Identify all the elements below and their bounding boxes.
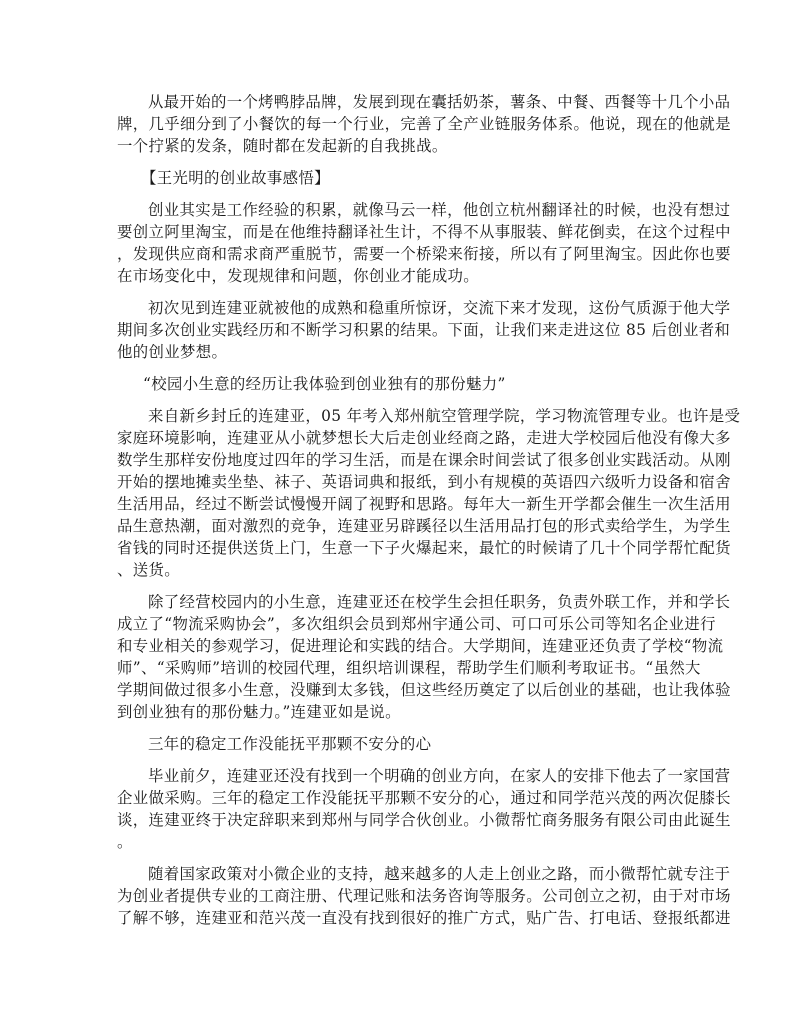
section-heading: “校园小生意的经历让我体验到创业独有的那份魅力” [117, 373, 677, 395]
text-line: 企业做采购。三年的稳定工作没能抚平那颗不安分的心，通过和同学范兴茂的两次促膝长 [117, 787, 677, 809]
heading-text: 三年的稳定工作没能抚平那颗不安分的心 [117, 733, 677, 755]
text-line: 谈，连建亚终于决定辞职来到郑州与同学合伙创业。小微帮忙商务服务有限公司由此诞生 [117, 809, 677, 831]
text-line: 除了经营校园内的小生意，连建亚还在校学生会担任职务，负责外联工作，并和学长 [117, 591, 677, 613]
text-line: 他的创业梦想。 [117, 341, 677, 363]
text-line: 毕业前夕，连建亚还没有找到一个明确的创业方向，在家人的安排下他去了一家国营 [117, 765, 677, 787]
text-line: ，发现供应商和需求商严重脱节，需要一个桥梁来衔接，所以有了阿里淘宝。因此你也要 [117, 243, 677, 265]
paragraph: 创业其实是工作经验的积累，就像马云一样，他创立杭州翻译社的时候，也没有想过 要创… [117, 199, 677, 287]
document-page: 从最开始的一个烤鸭脖品牌，发展到现在囊括奶茶，薯条、中餐、西餐等十几个小品 牌，… [117, 91, 677, 939]
text-line: 和专业相关的参观学习，促进理论和实践的结合。大学期间，连建亚还负责了学校“物流 [117, 635, 677, 657]
text-line: 初次见到连建亚就被他的成熟和稳重所惊讶，交流下来才发现，这份气质源于他大学 [117, 297, 677, 319]
text-line: 、送货。 [117, 559, 677, 581]
text-line: 师”、“采购师”培训的校园代理，组织培训课程，帮助学生们顺利考取证书。“虽然大 [117, 657, 677, 679]
text-line: 品生意热潮，面对激烈的竞争，连建亚另辟蹊径以生活用品打包的形式卖给学生，为学生 [117, 515, 677, 537]
paragraph: 毕业前夕，连建亚还没有找到一个明确的创业方向，在家人的安排下他去了一家国营 企业… [117, 765, 677, 853]
text-line: 随着国家政策对小微企业的支持，越来越多的人走上创业之路，而小微帮忙就专注于 [117, 863, 677, 885]
text-line: 要创立阿里淘宝，而是在他维持翻译社生计，不得不从事服装、鲜花倒卖，在这个过程中 [117, 221, 677, 243]
text-line: 数学生那样安份地度过四年的学习生活，而是在课余时间尝试了很多创业实践活动。从刚 [117, 449, 677, 471]
text-line: 生活用品，经过不断尝试慢慢开阔了视野和思路。每年大一新生开学都会催生一次生活用 [117, 493, 677, 515]
paragraph: 随着国家政策对小微企业的支持，越来越多的人走上创业之路，而小微帮忙就专注于 为创… [117, 863, 677, 929]
text-line: 到创业独有的那份魅力。”连建亚如是说。 [117, 701, 677, 723]
text-line: 期间多次创业实践经历和不断学习积累的结果。下面，让我们来走进这位 85 后创业者… [117, 319, 677, 341]
text-line: 成立了“物流采购协会”，多次组织会员到郑州宇通公司、可口可乐公司等知名企业进行 [117, 613, 677, 635]
heading-text: “校园小生意的经历让我体验到创业独有的那份魅力” [117, 373, 677, 395]
text-line: 牌，几乎细分到了小餐饮的每一个行业，完善了全产业链服务体系。他说，现在的他就是 [117, 113, 677, 135]
text-line: 。 [117, 831, 677, 853]
paragraph: 除了经营校园内的小生意，连建亚还在校学生会担任职务，负责外联工作，并和学长 成立… [117, 591, 677, 723]
paragraph: 初次见到连建亚就被他的成熟和稳重所惊讶，交流下来才发现，这份气质源于他大学 期间… [117, 297, 677, 363]
section-heading: 三年的稳定工作没能抚平那颗不安分的心 [117, 733, 677, 755]
text-line: 开始的摆地摊卖坐垫、袜子、英语词典和报纸，到小有规模的英语四六级听力设备和宿舍 [117, 471, 677, 493]
text-line: 从最开始的一个烤鸭脖品牌，发展到现在囊括奶茶，薯条、中餐、西餐等十几个小品 [117, 91, 677, 113]
text-line: 家庭环境影响，连建亚从小就梦想长大后走创业经商之路，走进大学校园后他没有像大多 [117, 427, 677, 449]
section-heading: 【王光明的创业故事感悟】 [117, 167, 677, 189]
text-line: 在市场变化中，发现规律和问题，你创业才能成功。 [117, 265, 677, 287]
text-line: 了解不够，连建亚和范兴茂一直没有找到很好的推广方式，贴广告、打电话、登报纸都进 [117, 907, 677, 929]
text-line: 为创业者提供专业的工商注册、代理记账和法务咨询等服务。公司创立之初，由于对市场 [117, 885, 677, 907]
text-line: 省钱的同时还提供送货上门，生意一下子火爆起来，最忙的时候请了几十个同学帮忙配货 [117, 537, 677, 559]
text-line: 一个拧紧的发条，随时都在发起新的自我挑战。 [117, 135, 677, 157]
text-line: 来自新乡封丘的连建亚，05 年考入郑州航空管理学院，学习物流管理专业。也许是受 [117, 405, 677, 427]
heading-text: 【王光明的创业故事感悟】 [117, 167, 677, 189]
text-line: 创业其实是工作经验的积累，就像马云一样，他创立杭州翻译社的时候，也没有想过 [117, 199, 677, 221]
text-line: 学期间做过很多小生意，没赚到太多钱，但这些经历奠定了以后创业的基础，也让我体验 [117, 679, 677, 701]
paragraph: 从最开始的一个烤鸭脖品牌，发展到现在囊括奶茶，薯条、中餐、西餐等十几个小品 牌，… [117, 91, 677, 157]
paragraph: 来自新乡封丘的连建亚，05 年考入郑州航空管理学院，学习物流管理专业。也许是受 … [117, 405, 677, 581]
